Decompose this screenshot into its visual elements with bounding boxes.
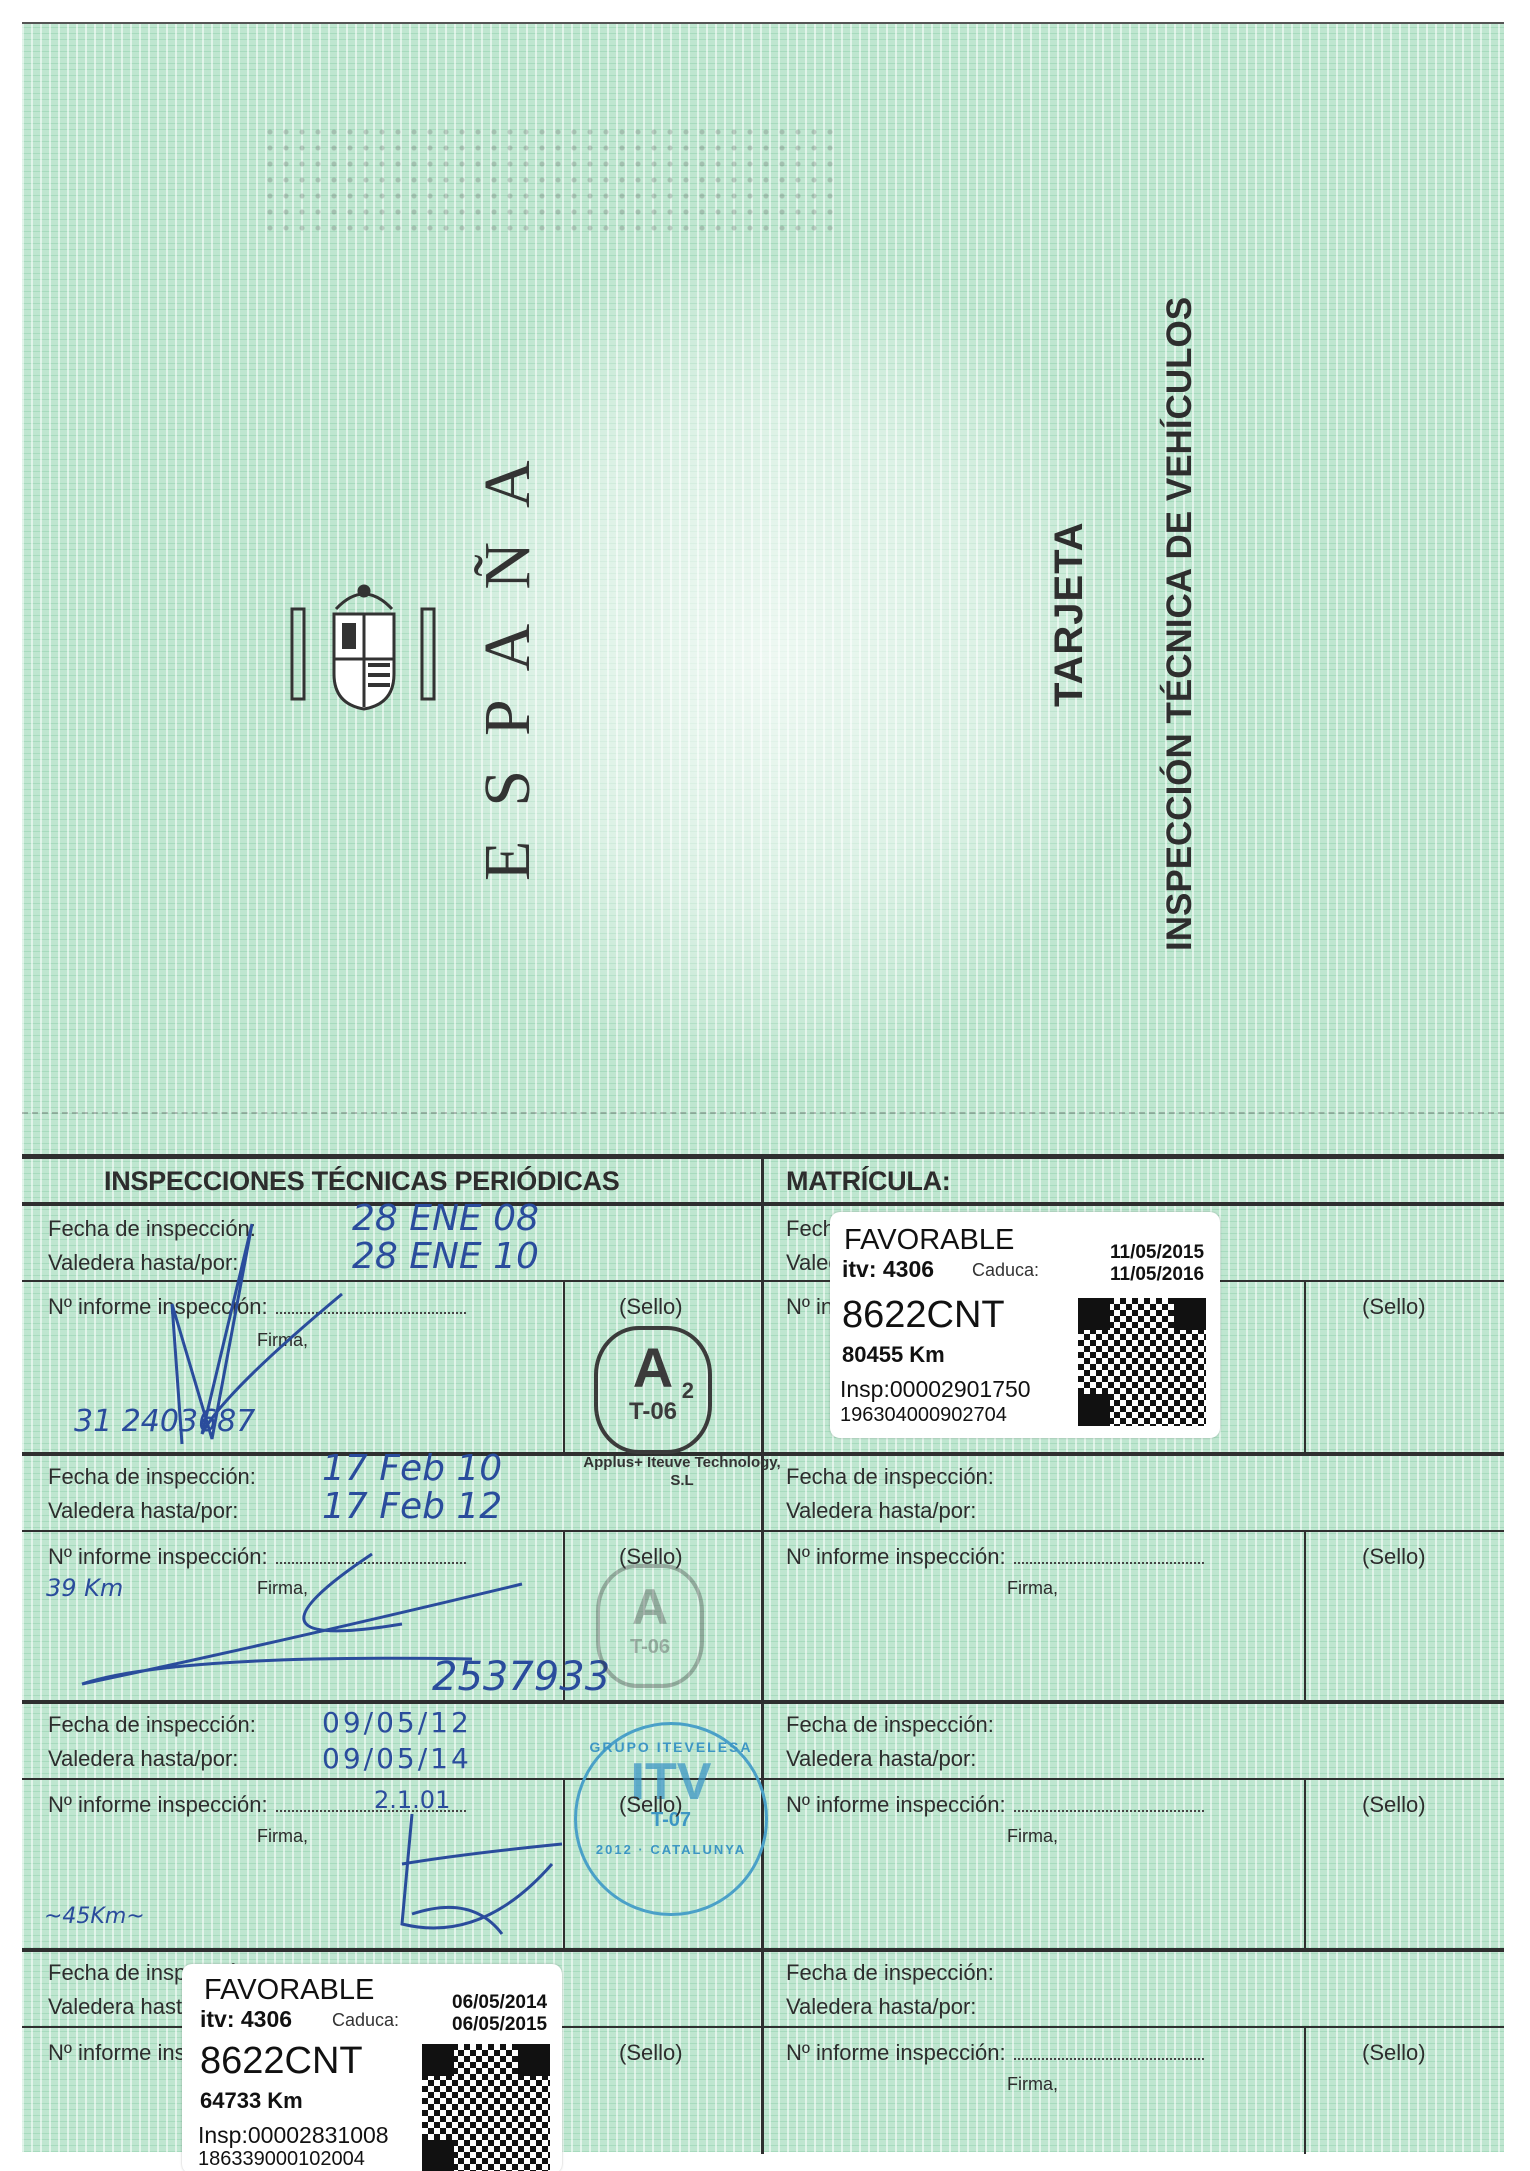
sticker-itv: itv: 4306 [200,2006,292,2033]
sticker-plate: 8622CNT [842,1294,1005,1337]
sello-label: (Sello) [619,2040,683,2066]
fecha-label: Fecha de inspección: [786,1464,994,1490]
column-divider [1304,1530,1306,1700]
fold-line [22,1112,1504,1128]
handwritten-fecha: 09/05/12 [322,1706,472,1739]
column-divider [761,1154,764,2154]
coat-of-arms-of-spain-icon [284,579,444,724]
valedera-label: Valedera hasta/por: [786,1994,976,2020]
sticker-date-inspection: 06/05/2014 [452,1992,547,2014]
sticker-caduca-label: Caduca: [332,2010,399,2031]
handwritten-valedera: 17 Feb 12 [322,1486,502,1527]
handwritten-km: ~45Km~ [44,1904,145,1929]
qr-code-icon [422,2044,550,2171]
fecha-label: Fecha de inspección: [786,1712,994,1738]
handwritten-valedera: 28 ENE 10 [352,1236,539,1277]
sticker-date-expiry: 11/05/2016 [1110,1264,1204,1286]
applus-stamp-1: A 2 T-06 [594,1326,712,1454]
informe-label: Nº informe inspección: [786,1792,1204,1818]
column-divider [1304,1280,1306,1452]
card-subtitle: INSPECCIÓN TÉCNICA DE VEHÍCULOS [1160,254,1220,994]
sello-label: (Sello) [619,1792,683,1818]
stamp-issuer: Applus+ Iteuve Technology, S.L [582,1454,782,1490]
valedera-label: Valedera hasta/por: [48,1746,238,1772]
left-header: INSPECCIONES TÉCNICAS PERIÓDICAS [104,1166,619,1197]
valedera-label: Valedera hasta/por: [786,1746,976,1772]
card-cover: ESPAÑA TARJETA INSPECCIÓN TÉCNICA DE VEH… [22,24,1504,1124]
sticker-caduca-label: Caduca: [972,1260,1039,1281]
informe-label: Nº informe inspección: [786,2040,1204,2066]
fecha-label: Fecha de inspección: [48,1464,256,1490]
sticker-insp: Insp:00002901750 [840,1376,1031,1403]
sticker-date-expiry: 06/05/2015 [452,2014,547,2036]
handwritten-valedera: 09/05/14 [322,1742,472,1775]
signature [142,1194,362,1454]
fecha-label: Fecha de inspección: [786,1960,994,1986]
handwritten-fecha: 28 ENE 08 [352,1198,539,1239]
column-divider [1304,1778,1306,1948]
sticker-km: 64733 Km [200,2088,303,2114]
handwritten-fecha: 17 Feb 10 [322,1448,502,1489]
perforation-number [262,124,842,234]
sticker-km: 80455 Km [842,1342,945,1368]
firma-label: Firma, [1007,2074,1058,2095]
sello-label: (Sello) [1362,1544,1426,1570]
sticker-date-inspection: 11/05/2015 [1110,1242,1204,1264]
signature [382,1804,582,1944]
itv-sticker-2015: FAVORABLE itv: 4306 Caduca: 11/05/2015 1… [830,1212,1220,1438]
itevelesa-stamp: GRUPO ITEVELESA ITV T-07 2012 · CATALUNY… [574,1722,768,1916]
column-divider [1304,2026,1306,2154]
sticker-insp: Insp:00002831008 [198,2122,389,2149]
itv-sticker-2014: FAVORABLE itv: 4306 Caduca: 06/05/2014 0… [182,1964,562,2171]
sticker-result: FAVORABLE [204,1974,374,2007]
sticker-code: 196304000902704 [840,1404,1007,1427]
sello-label: (Sello) [1362,2040,1426,2066]
firma-label: Firma, [1007,1578,1058,1599]
sticker-code: 186339000102004 [198,2148,365,2171]
right-header: MATRÍCULA: [786,1166,950,1197]
sticker-itv: itv: 4306 [842,1256,934,1283]
firma-label: Firma, [257,1826,308,1847]
sticker-result: FAVORABLE [844,1224,1014,1257]
fecha-label: Fecha de inspección: [48,1712,256,1738]
sello-label: (Sello) [1362,1792,1426,1818]
inspections-table: INSPECCIONES TÉCNICAS PERIÓDICAS MATRÍCU… [22,1154,1504,2154]
country-name: ESPAÑA [470,404,650,904]
signature [72,1534,572,1694]
card-title: TARJETA [1047,484,1107,744]
firma-label: Firma, [1007,1826,1058,1847]
qr-code-icon [1078,1298,1206,1426]
applus-stamp-2: A T-06 [596,1564,704,1688]
informe-label: Nº informe inspección: [786,1544,1204,1570]
valedera-label: Valedera hasta/por: [786,1498,976,1524]
sticker-plate: 8622CNT [200,2040,363,2083]
sello-label: (Sello) [1362,1294,1426,1320]
valedera-label: Valedera hasta/por: [48,1498,238,1524]
sello-label: (Sello) [619,1294,683,1320]
itv-card: ESPAÑA TARJETA INSPECCIÓN TÉCNICA DE VEH… [22,22,1504,2152]
column-divider [563,1280,565,1452]
